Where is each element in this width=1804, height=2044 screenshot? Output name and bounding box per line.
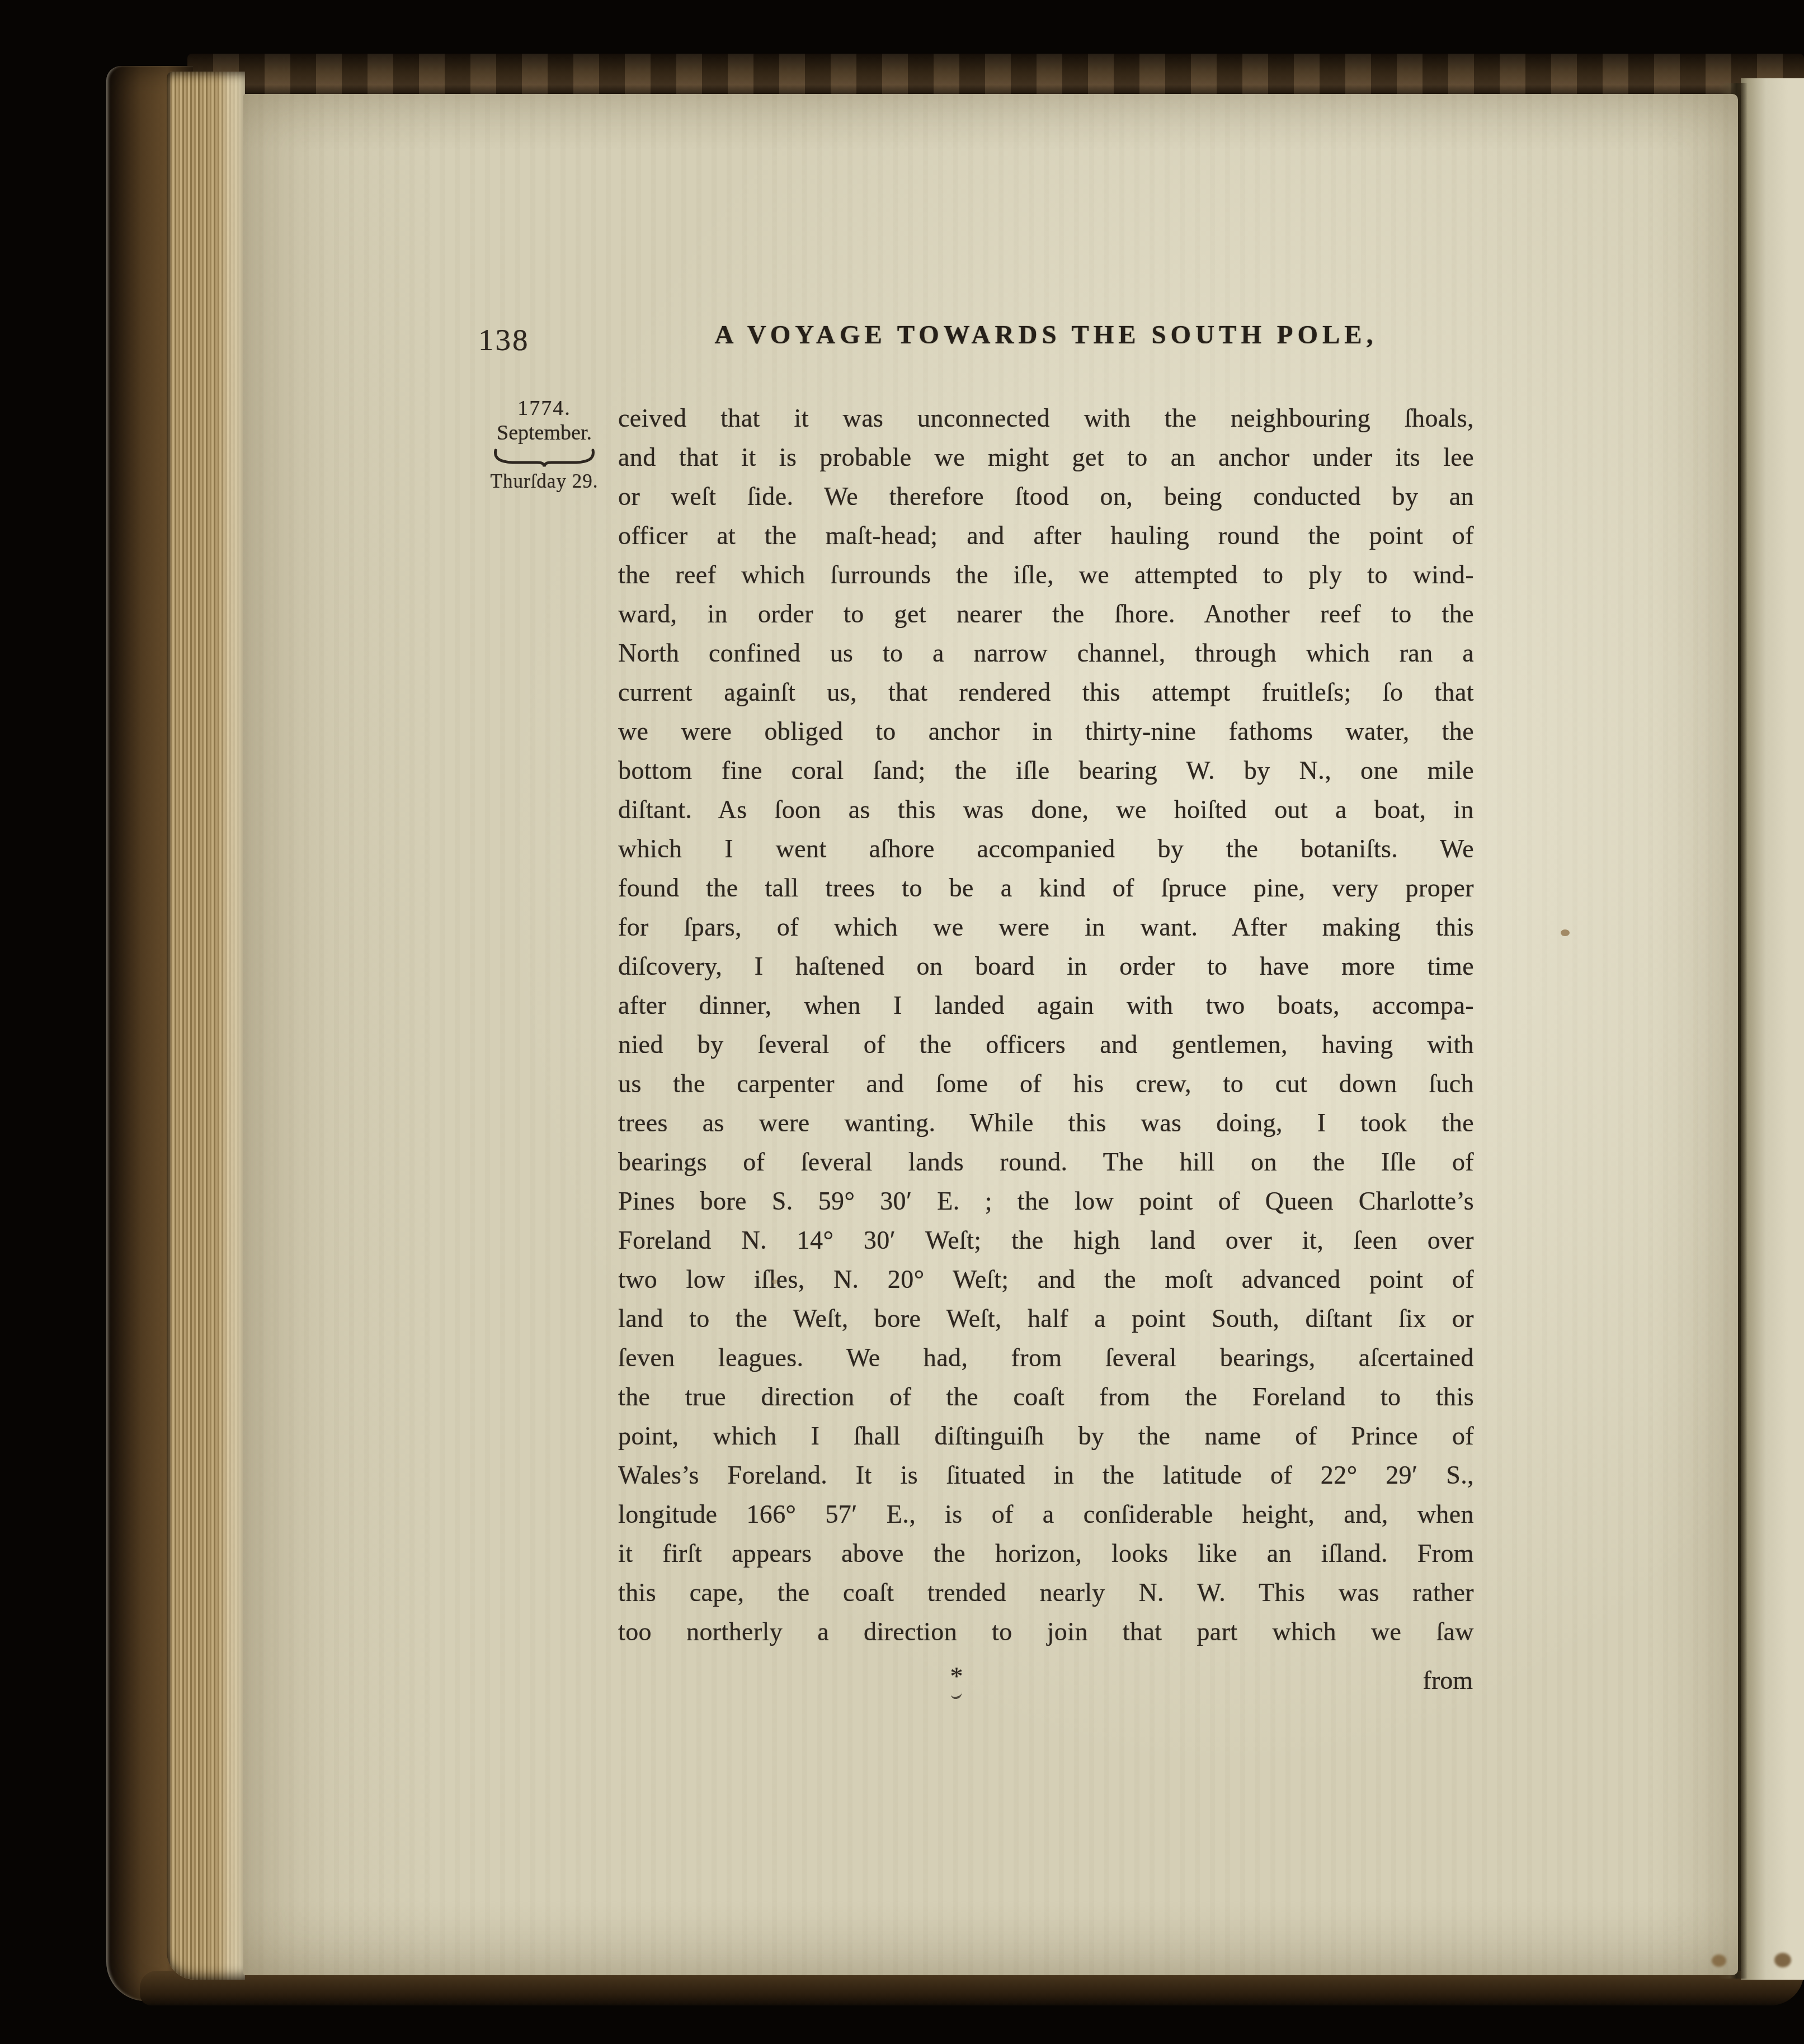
body-text-line: which I went aſhore accompanied by the b… (618, 829, 1474, 868)
book-page: 138 A VOYAGE TOWARDS THE SOUTH POLE, 177… (243, 94, 1738, 1975)
body-text-line: the true direction of the coaſt from the… (618, 1377, 1474, 1417)
body-text-line: two low iſles, N. 20° Weſt; and the moſt… (618, 1260, 1474, 1299)
body-text-line: ſeven leagues. We had, from ſeveral bear… (618, 1338, 1474, 1377)
catchword: from (1423, 1665, 1473, 1695)
body-text-line: North confined us to a narrow channel, t… (618, 634, 1474, 673)
paper-speck (772, 1280, 778, 1284)
body-text-line: officer at the maſt-head; and after haul… (618, 516, 1474, 555)
margin-year: 1774. (472, 396, 617, 421)
signature-mark: * (940, 1663, 973, 1699)
body-text-line: bottom fine coral ſand; the iſle bearing… (618, 751, 1474, 790)
body-text-line: we were obliged to anchor in thirty-nine… (618, 712, 1474, 751)
body-text-line: trees as were wanting. While this was do… (618, 1103, 1474, 1143)
paper-speck (1712, 1955, 1726, 1967)
body-text-line: or weſt ſide. We therefore ſtood on, bei… (618, 477, 1474, 516)
body-text-line: us the carpenter and ſome of his crew, t… (618, 1064, 1474, 1103)
body-text-line: found the tall trees to be a kind of ſpr… (618, 868, 1474, 908)
paper-speck (1561, 929, 1570, 936)
body-text-line: this cape, the coaſt trended nearly N. W… (618, 1573, 1474, 1612)
page-number: 138 (478, 322, 530, 357)
signature-flourish (950, 1691, 962, 1700)
brace-icon (491, 447, 597, 469)
body-text-line: current againſt us, that rendered this a… (618, 673, 1474, 712)
facing-page-sliver (1741, 78, 1804, 1980)
body-text-line: it firſt appears above the horizon, look… (618, 1534, 1474, 1573)
body-text-line: and that it is probable we might get to … (618, 438, 1474, 477)
margin-day: Thurſday 29. (472, 470, 617, 493)
body-text-line: ceived that it was unconnected with the … (618, 399, 1474, 438)
body-text-line: for ſpars, of which we were in want. Aft… (618, 908, 1474, 947)
body-text-line: Pines bore S. 59° 30′ E. ; the low point… (618, 1182, 1474, 1221)
body-text-line: the reef which ſurrounds the iſle, we at… (618, 555, 1474, 594)
margin-month: September. (472, 421, 617, 445)
book-cover-bottom-edge (140, 1971, 1804, 2005)
body-text-line: ward, in order to get nearer the ſhore. … (618, 594, 1474, 634)
margin-date-note: 1774. September. Thurſday 29. (472, 396, 617, 493)
body-text-line: too northerly a direction to join that p… (618, 1612, 1474, 1651)
body-text-line: bearings of ſeveral lands round. The hil… (618, 1143, 1474, 1182)
body-text-line: diſcovery, I haſtened on board in order … (618, 947, 1474, 986)
page-footer-row: * from (618, 1663, 1474, 1717)
body-text-line: nied by ſeveral of the officers and gent… (618, 1025, 1474, 1064)
body-text-line: land to the Weſt, bore Weſt, half a poin… (618, 1299, 1474, 1338)
running-title: A VOYAGE TOWARDS THE SOUTH POLE, (618, 320, 1474, 350)
body-text-line: after dinner, when I landed again with t… (618, 986, 1474, 1025)
paper-speck (1774, 1953, 1791, 1967)
page-edges-stack (167, 72, 245, 1980)
body-text-line: longitude 166° 57′ E., is of a conſidera… (618, 1495, 1474, 1534)
body-text-line: point, which I ſhall diſtinguiſh by the … (618, 1417, 1474, 1456)
body-text-line: Foreland N. 14° 30′ Weſt; the high land … (618, 1221, 1474, 1260)
scanned-book-photo: 138 A VOYAGE TOWARDS THE SOUTH POLE, 177… (0, 0, 1804, 2044)
book-cover-top-edge (187, 54, 1804, 95)
body-text-line: diſtant. As ſoon as this was done, we ho… (618, 790, 1474, 829)
body-text: ceived that it was unconnected with the … (618, 399, 1474, 1651)
asterisk-mark: * (940, 1663, 973, 1690)
body-text-line: Wales’s Foreland. It is ſituated in the … (618, 1456, 1474, 1495)
